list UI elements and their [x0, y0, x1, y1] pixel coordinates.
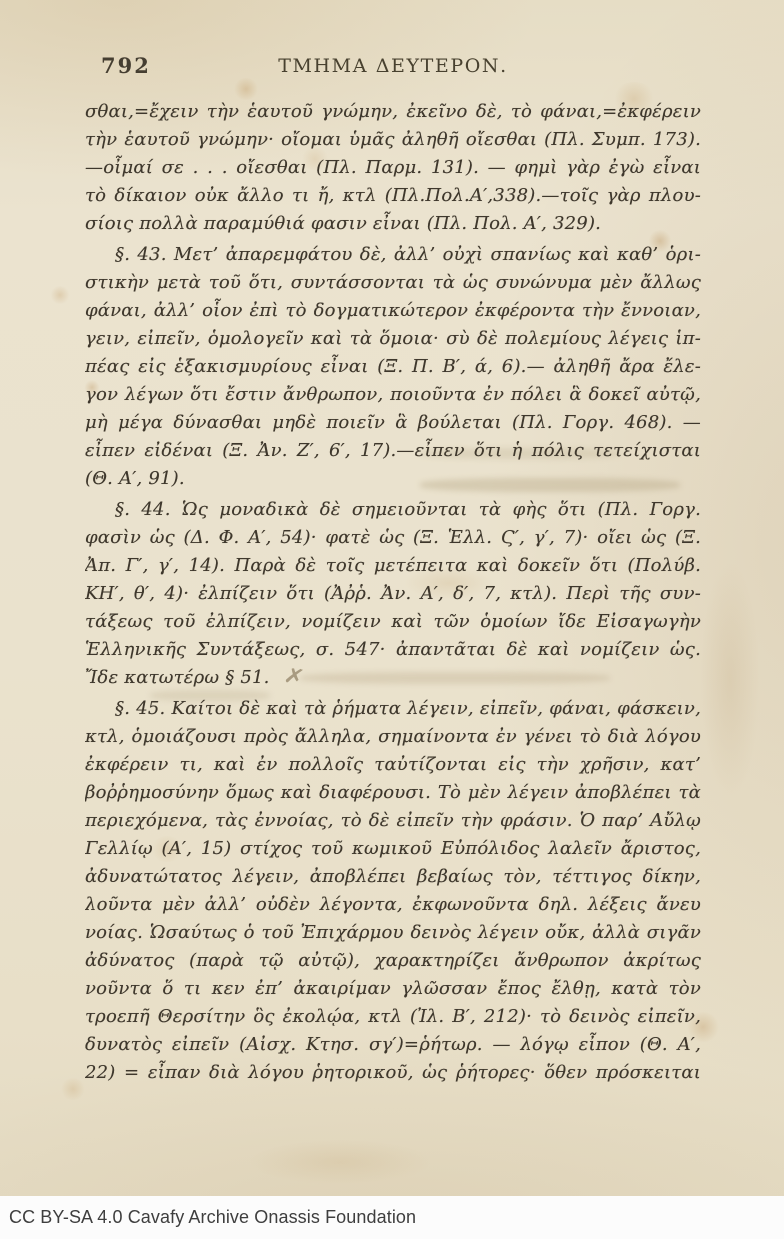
- text-line: σίοις πολλὰ παραμύθιά φασιν εἶναι (Πλ. Π…: [85, 210, 701, 238]
- text-line: τὴν ἑαυτοῦ γνώμην· οἴομαι ὑμᾶς ἀληθῆ οἴε…: [85, 126, 701, 154]
- text-line: φάναι, ἀλλ’ οἷον ἐπὶ τὸ δογματικώτερον ἐ…: [85, 297, 701, 325]
- text-line: (Θ. Α′, 91).: [85, 465, 701, 493]
- text-line: κτλ, ὁμοιάζουσι πρὸς ἄλληλα, σημαίνοντα …: [85, 723, 701, 751]
- stain-spot: [50, 286, 70, 304]
- text-line: γειν, εἰπεῖν, ὁμολογεῖν καὶ τὰ ὅμοια· σὺ…: [85, 325, 701, 353]
- stain-spot: [250, 1140, 430, 1184]
- text-line: §. 43. Μετ’ ἀπαρεμφάτου δὲ, ἀλλ’ οὐχὶ σπ…: [85, 241, 701, 269]
- scanned-page: 792 ΤΜΗΜΑ ΔΕΥΤΕΡΟΝ. σθαι,=ἔχειν τὴν ἑαυτ…: [0, 0, 784, 1196]
- text-line: ἀδύνατος (παρὰ τῷ αὐτῷ), χαρακτηρίζει ἄν…: [85, 947, 701, 975]
- text-line: τὸ δίκαιον οὐκ ἄλλο τι ἤ, κτλ (Πλ.Πολ.Α′…: [85, 182, 701, 210]
- text-line: λοῦντα μὲν ἀλλ’ οὐδὲν λέγοντα, ἐκφωνοῦντ…: [85, 891, 701, 919]
- text-line: τάξεως τοῦ ἐλπίζειν, νομίζειν καὶ τῶν ὁμ…: [85, 608, 701, 636]
- paragraph-section-44: §. 44. Ὡς μοναδικὰ δὲ σημειοῦνται τὰ φὴς…: [85, 496, 701, 692]
- text-line: —οἶμαί σε . . . οἴεσθαι (Πλ. Παρμ. 131).…: [85, 154, 701, 182]
- pencil-x-mark: ✗: [281, 664, 306, 690]
- paragraph-section-45: §. 45. Καίτοι δὲ καὶ τὰ ῥήματα λέγειν, ε…: [85, 695, 701, 1087]
- text-line-fragment: Ἴδε κατωτέρω § 51.: [85, 667, 270, 688]
- text-line: Γελλίῳ (Α′, 15) στίχος τοῦ κωμικοῦ Εὐπόλ…: [85, 835, 701, 863]
- paragraph-section-43: §. 43. Μετ’ ἀπαρεμφάτου δὲ, ἀλλ’ οὐχὶ σπ…: [85, 241, 701, 493]
- text-line: ΚΗ′, θ′, 4)· ἐλπίζειν ὅτι (Ἀῤῥ. Ἀν. Α′, …: [85, 580, 701, 608]
- text-line: §. 45. Καίτοι δὲ καὶ τὰ ῥήματα λέγειν, ε…: [85, 695, 701, 723]
- text-line: ἀδυνατώτατος λέγειν, ἀποβλέπει βεβαίως τ…: [85, 863, 701, 891]
- text-line: σθαι,=ἔχειν τὴν ἑαυτοῦ γνώμην, ἐκεῖνο δὲ…: [85, 98, 701, 126]
- text-line: εἶπεν εἰδέναι (Ξ. Ἀν. Ζ′, 6′, 17).—εἶπεν…: [85, 437, 701, 465]
- stain-spot: [700, 560, 760, 800]
- text-line: τροεπῆ Θερσίτην ὃς ἐκολῴα, κτλ (Ἰλ. Β′, …: [85, 1003, 701, 1031]
- stain-spot: [60, 1078, 86, 1100]
- text-line: δυνατὸς εἰπεῖν (Αἰσχ. Κτησ. σγ′)=ῥήτωρ. …: [85, 1031, 701, 1059]
- text-line: πέας εἰς ἑξακισμυρίους εἶναι (Ξ. Π. Β′, …: [85, 353, 701, 381]
- text-line: 22) = εἶπαν διὰ λόγου ῥητορικοῦ, ὡς ῥήτο…: [85, 1059, 701, 1087]
- text-block: σθαι,=ἔχειν τὴν ἑαυτοῦ γνώμην, ἐκεῖνο δὲ…: [85, 98, 701, 1087]
- text-line: μὴ μέγα δύνασθαι μηδὲ ποιεῖν ἃ βούλεται …: [85, 409, 701, 437]
- text-line: περιεχόμενα, τὰς ἐννοίας, τὸ δὲ εἰπεῖν τ…: [85, 807, 701, 835]
- paragraph-continuation: σθαι,=ἔχειν τὴν ἑαυτοῦ γνώμην, ἐκεῖνο δὲ…: [85, 98, 701, 238]
- license-text: CC BY-SA 4.0 Cavafy Archive Onassis Foun…: [0, 1207, 416, 1228]
- text-line: φασὶν ὡς (Δ. Φ. Α′, 54)· φατὲ ὡς (Ξ. Ἑλλ…: [85, 524, 701, 552]
- section-header: ΤΜΗΜΑ ΔΕΥΤΕΡΟΝ.: [85, 52, 701, 80]
- text-line: Ἀπ. Γ′, γ′, 14). Παρὰ δὲ τοῖς μετέπειτα …: [85, 552, 701, 580]
- text-line: γον λέγων ὅτι ἔστιν ἄνθρωπον, ποιοῦντα ἐ…: [85, 381, 701, 409]
- text-line: ἐκφέρειν τι, καὶ ἐν πολλοῖς ταὐτίζονται …: [85, 751, 701, 779]
- text-line: νοίας. Ὡσαύτως ὁ τοῦ Ἐπιχάρμου δεινὸς λέ…: [85, 919, 701, 947]
- text-line: §. 44. Ὡς μοναδικὰ δὲ σημειοῦνται τὰ φὴς…: [85, 496, 701, 524]
- license-bar: CC BY-SA 4.0 Cavafy Archive Onassis Foun…: [0, 1196, 784, 1239]
- text-line: βοῤῥημοσύνην ὅμως καὶ διαφέρουσι. Τὸ μὲν…: [85, 779, 701, 807]
- text-line: νοῦντα ὅ τι κεν ἐπ’ ἀκαιρίμαν γλῶσσαν ἔπ…: [85, 975, 701, 1003]
- text-line: Ἑλληνικῆς Συντάξεως, σ. 547· ἀπαντᾶται δ…: [85, 636, 701, 664]
- text-line: στικὴν μετὰ τοῦ ὅτι, συντάσσονται τὰ ὡς …: [85, 269, 701, 297]
- text-line: Ἴδε κατωτέρω § 51.✗: [85, 664, 701, 692]
- running-head: 792 ΤΜΗΜΑ ΔΕΥΤΕΡΟΝ.: [85, 52, 701, 82]
- page-number: 792: [101, 53, 151, 79]
